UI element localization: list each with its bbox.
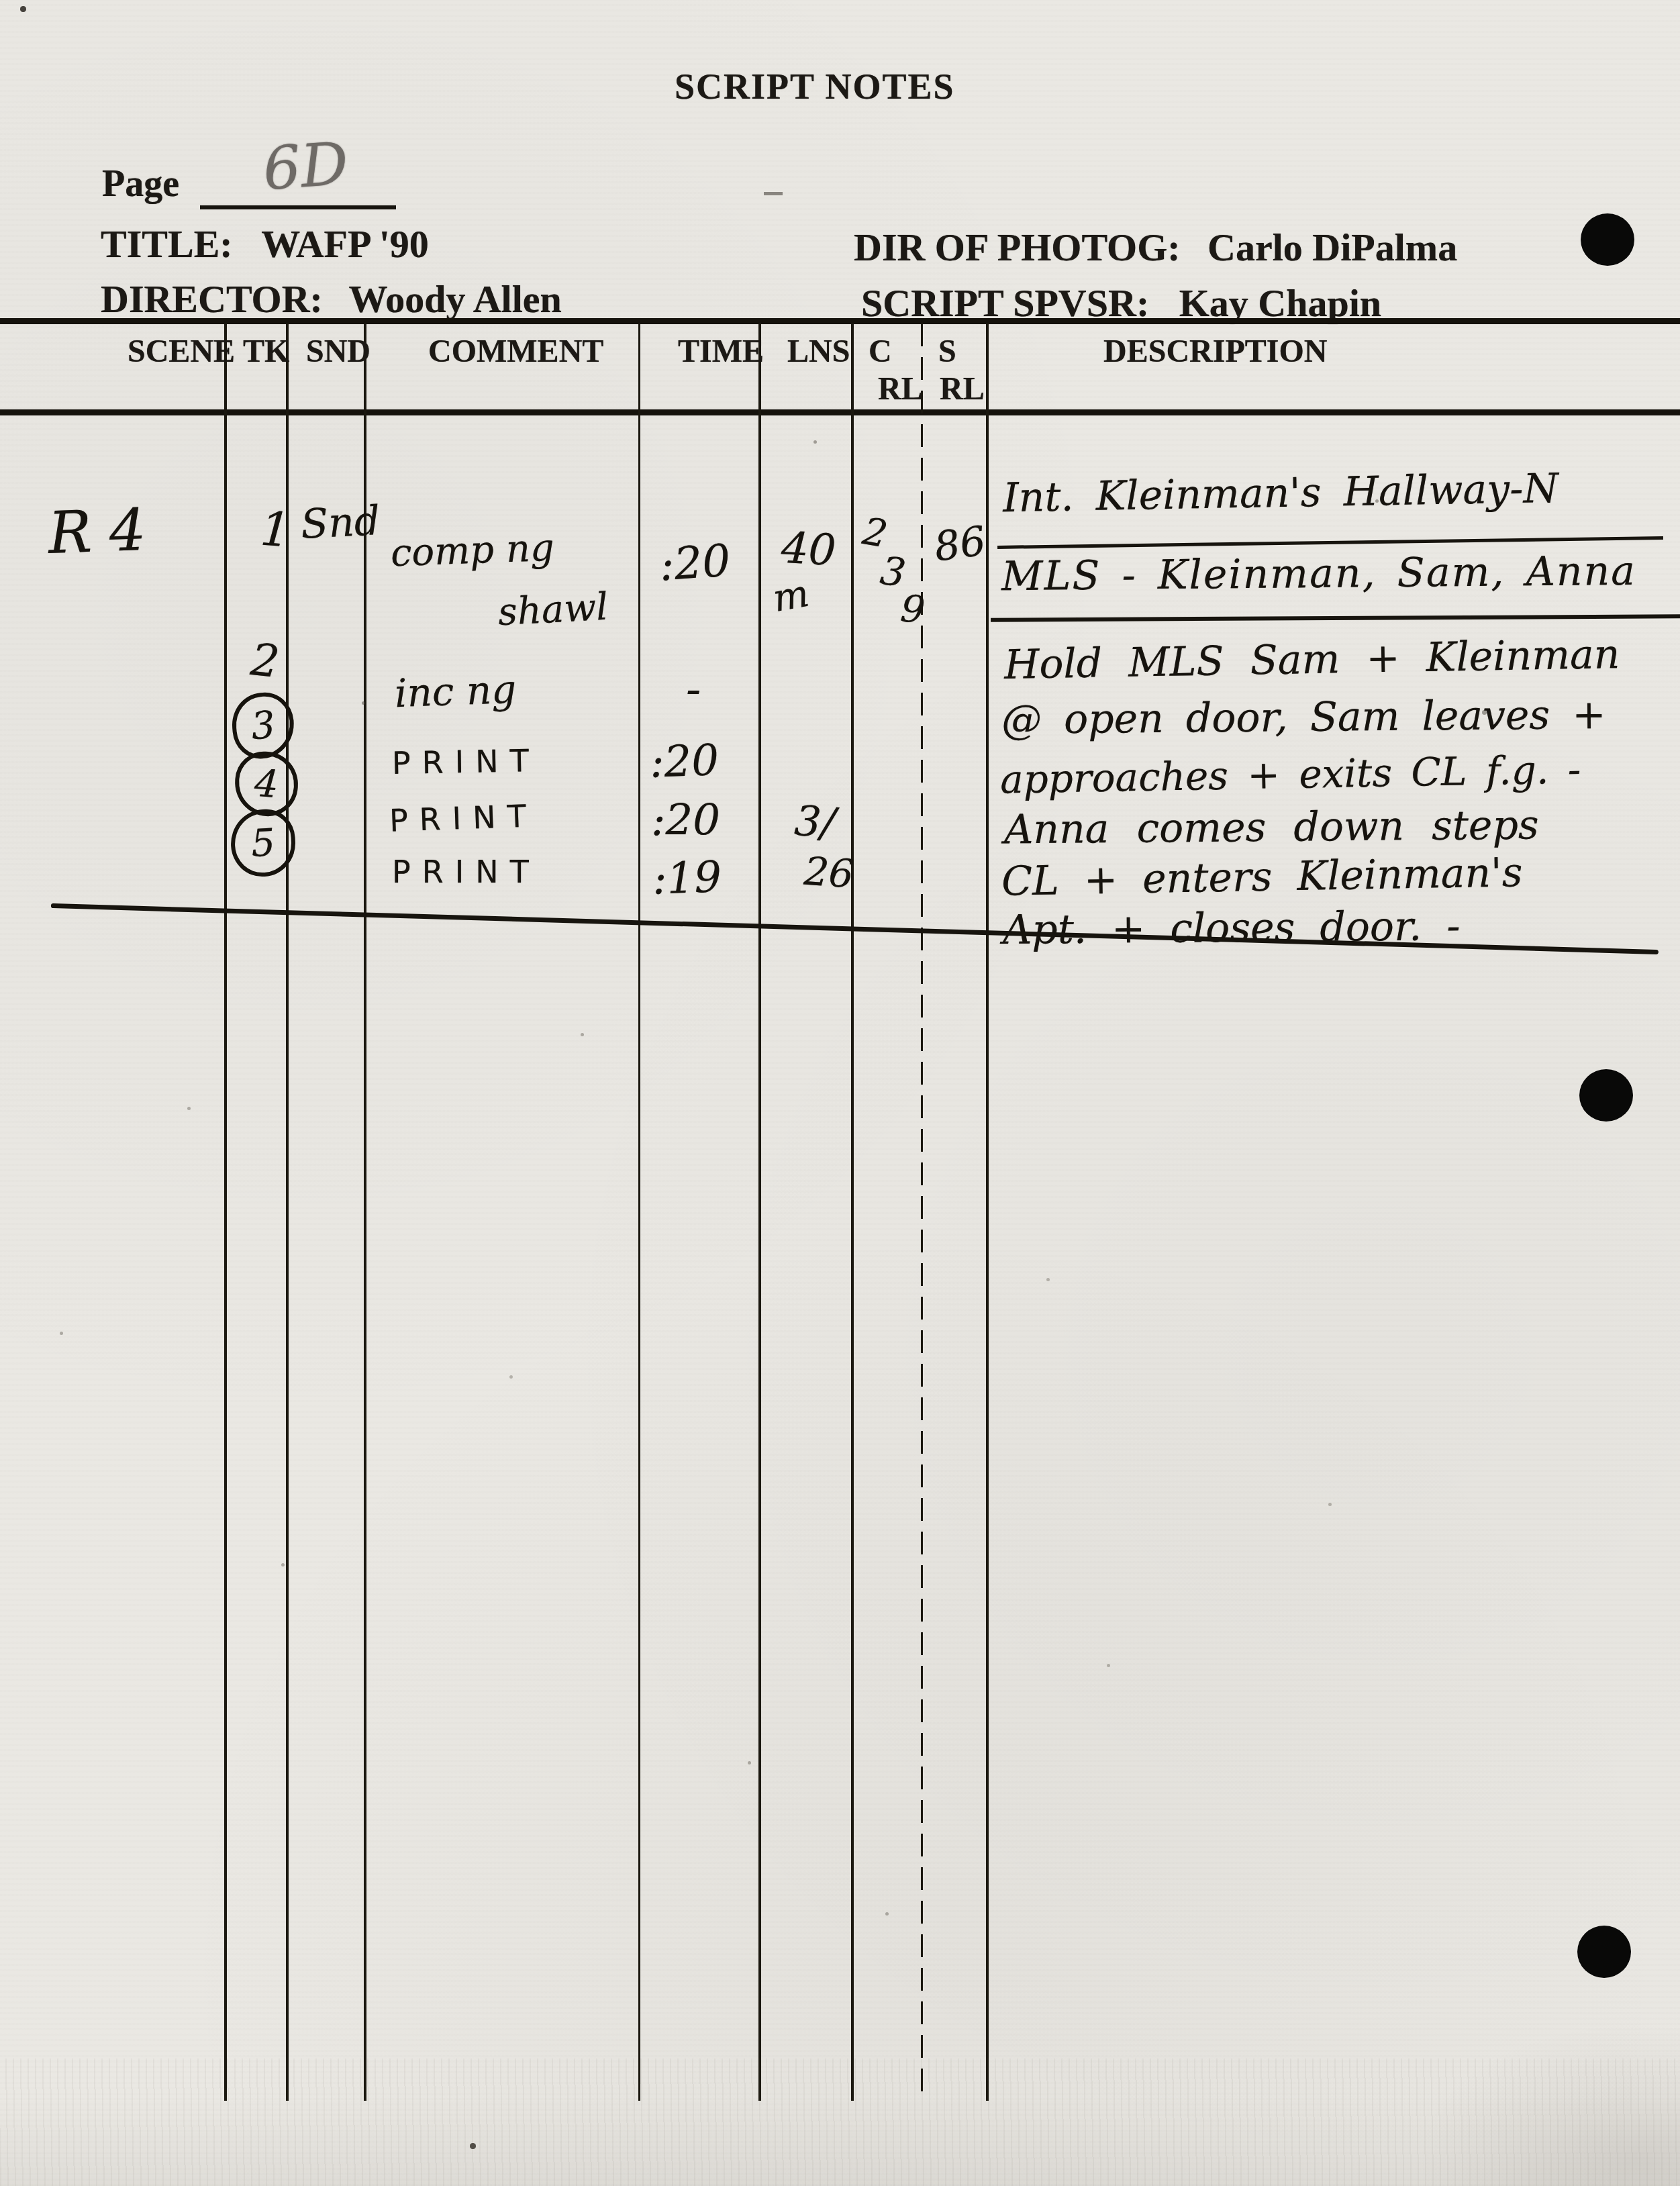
take-number-1: 1 bbox=[258, 501, 292, 558]
description-line-7: CL + enters Kleinman's bbox=[1001, 849, 1523, 905]
photog-value: Carlo DiPalma bbox=[1207, 226, 1457, 269]
photog-label: DIR OF PHOTOG: bbox=[854, 226, 1181, 269]
col-divider-time-lns bbox=[758, 324, 761, 2101]
scan-corner-smudge bbox=[1398, 2011, 1680, 2186]
table-top-rule bbox=[0, 318, 1680, 324]
take-number-5: 5 bbox=[250, 821, 276, 866]
col-header-s-rl: RL bbox=[940, 370, 985, 407]
take-number-4-circled: 4 bbox=[233, 750, 300, 818]
col-header-time: TIME bbox=[678, 333, 764, 370]
take-number-3: 3 bbox=[249, 703, 277, 748]
director-field: DIRECTOR: Woody Allen bbox=[101, 277, 562, 321]
col-divider-tk-snd bbox=[286, 324, 289, 2101]
title-value: WAFP '90 bbox=[261, 222, 429, 266]
comment-take-1-cont: shawl bbox=[497, 585, 609, 634]
time-take-3: :20 bbox=[649, 736, 720, 788]
title-label: TITLE: bbox=[101, 222, 233, 266]
punch-hole-top bbox=[1581, 213, 1634, 266]
time-take-5: :19 bbox=[652, 852, 723, 905]
lns-last-denominator: 26 bbox=[803, 848, 855, 897]
page-title: SCRIPT NOTES bbox=[675, 66, 955, 107]
col-header-lns: LNS bbox=[787, 333, 850, 370]
col-header-s: S bbox=[938, 333, 956, 370]
col-header-comment: COMMENT bbox=[428, 333, 603, 370]
comment-take-4: PRINT bbox=[389, 797, 538, 839]
director-label: DIRECTOR: bbox=[101, 277, 323, 321]
title-field: TITLE: WAFP '90 bbox=[101, 221, 429, 266]
description-underline-1 bbox=[997, 536, 1663, 549]
comment-take-5: PRINT bbox=[392, 854, 540, 890]
description-line-6: Anna comes down steps bbox=[1004, 802, 1539, 854]
col-divider-srl-description bbox=[986, 324, 989, 2101]
col-header-description: DESCRIPTION bbox=[1103, 333, 1327, 370]
page-field-label: Page bbox=[102, 162, 179, 205]
description-line-4: @ open door, Sam leaves + bbox=[1001, 691, 1606, 744]
col-header-snd: SND bbox=[306, 333, 370, 370]
col-header-tk: TK bbox=[243, 333, 289, 370]
scanned-script-notes-page: SCRIPT NOTES Page 6D TITLE: WAFP '90 DIR… bbox=[0, 0, 1680, 2186]
comment-take-1: comp ng bbox=[390, 526, 555, 575]
description-line-3: Hold MLS Sam + Kleinman bbox=[1003, 631, 1620, 689]
scan-speckles bbox=[0, 0, 2, 2]
lns-last-numerator: 3/ bbox=[793, 796, 837, 848]
sound-roll-number: 86 bbox=[932, 517, 989, 571]
col-header-c: C bbox=[869, 333, 892, 370]
photog-field: DIR OF PHOTOG: Carlo DiPalma bbox=[854, 225, 1457, 270]
camera-roll-digit-3: 9 bbox=[899, 587, 927, 632]
description-underline-2 bbox=[991, 614, 1680, 622]
col-divider-scene-tk bbox=[224, 324, 227, 2101]
comment-take-3: PRINT bbox=[392, 742, 541, 781]
col-header-c-rl: RL bbox=[878, 370, 923, 407]
table-header-bottom-rule bbox=[0, 409, 1680, 415]
take-number-4: 4 bbox=[253, 761, 280, 806]
time-take-4: :20 bbox=[651, 796, 720, 846]
col-header-scene: SCENE bbox=[128, 333, 235, 370]
lns-first-unit: m bbox=[770, 572, 813, 621]
punch-hole-middle bbox=[1579, 1069, 1633, 1122]
punch-hole-bottom bbox=[1577, 1926, 1631, 1978]
col-divider-snd-comment bbox=[364, 324, 366, 2101]
col-divider-lns-crl bbox=[851, 324, 854, 2101]
sound-note: Snd bbox=[299, 497, 381, 548]
description-line-5: approaches + exits CL f.g. - bbox=[999, 746, 1581, 802]
stray-dash-mark bbox=[764, 192, 783, 195]
description-line-1: Int. Kleinman's Hallway-N bbox=[1002, 465, 1559, 521]
scene-number: R4 bbox=[47, 496, 164, 567]
page-number-underline bbox=[200, 205, 396, 209]
lns-first-number: 40 bbox=[780, 524, 837, 576]
time-take-2: - bbox=[686, 663, 701, 715]
description-line-2: MLS - Kleinman, Sam, Anna bbox=[1001, 548, 1636, 600]
director-value: Woody Allen bbox=[348, 277, 561, 321]
page-number-value: 6D bbox=[261, 129, 350, 204]
time-take-1: :20 bbox=[657, 534, 732, 591]
comment-take-2: inc ng bbox=[394, 666, 517, 716]
col-divider-comment-time bbox=[638, 324, 640, 2101]
take-number-2: 2 bbox=[248, 634, 282, 688]
